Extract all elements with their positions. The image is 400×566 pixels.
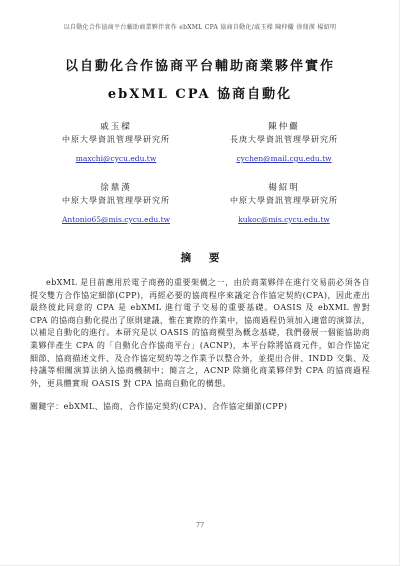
running-header: 以自動化合作協商平台輔助商業夥伴實作 ebXML CPA 協商自動化/戚玉樑 陳… <box>0 22 400 31</box>
author-email-link[interactable]: cychen@mail.cgu.edu.tw <box>236 153 331 164</box>
author-cell: 徐鼎漢 中原大學資訊管理學研究所 Antonio65@mis.cycu.edu.… <box>44 182 188 226</box>
author-affiliation: 長庚大學資訊管理學研究所 <box>212 134 356 146</box>
abstract-body: ebXML 是目前應用於電子商務的重要架構之一，由於商業夥伴在進行交易前必須各自… <box>30 277 370 390</box>
author-name: 徐鼎漢 <box>44 182 188 194</box>
paper-title: 以自動化合作協商平台輔助商業夥伴實作 ebXML CPA 協商自動化 <box>41 53 359 109</box>
author-affiliation: 中原大學資訊管理學研究所 <box>44 195 188 207</box>
author-cell: 戚玉樑 中原大學資訊管理學研究所 maxchi@cycu.edu.tw <box>44 121 188 165</box>
author-email-link[interactable]: kukoc@mis.cycu.edu.tw <box>238 214 330 225</box>
abstract-heading: 摘 要 <box>0 250 400 265</box>
author-affiliation: 中原大學資訊管理學研究所 <box>44 134 188 146</box>
author-name: 楊紹明 <box>212 182 356 194</box>
author-cell: 陳仲儼 長庚大學資訊管理學研究所 cychen@mail.cgu.edu.tw <box>212 121 356 165</box>
author-name: 陳仲儼 <box>212 121 356 133</box>
author-name: 戚玉樑 <box>44 121 188 133</box>
page-number: 77 <box>0 521 400 529</box>
author-affiliation: 中原大學資訊管理學研究所 <box>212 195 356 207</box>
author-cell: 楊紹明 中原大學資訊管理學研究所 kukoc@mis.cycu.edu.tw <box>212 182 356 226</box>
author-email-link[interactable]: Antonio65@mis.cycu.edu.tw <box>62 214 170 225</box>
keywords-line: 關鍵字：ebXML、協商、合作協定契約(CPA)、合作協定細節(CPP) <box>30 401 370 412</box>
paper-page: 以自動化合作協商平台輔助商業夥伴實作 ebXML CPA 協商自動化/戚玉樑 陳… <box>0 0 400 566</box>
author-block: 戚玉樑 中原大學資訊管理學研究所 maxchi@cycu.edu.tw 陳仲儼 … <box>44 121 356 226</box>
author-email-link[interactable]: maxchi@cycu.edu.tw <box>76 153 156 164</box>
